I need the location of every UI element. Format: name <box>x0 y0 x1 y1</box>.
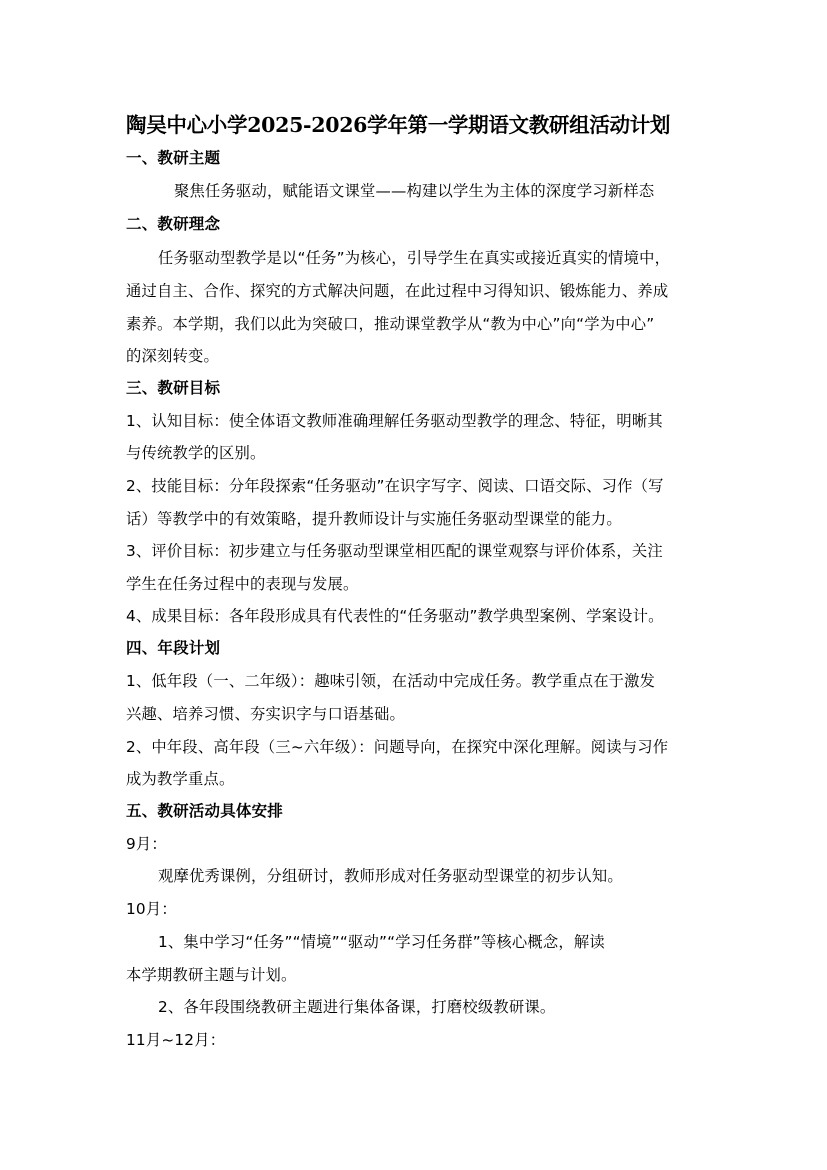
section-heading-schedule: 五、教研活动具体安排 <box>126 801 283 821</box>
section-heading-goals: 三、教研目标 <box>126 378 220 398</box>
paragraph-line: 学生在任务过程中的表现与发展。 <box>126 574 358 594</box>
month-label: 9月： <box>126 834 167 854</box>
paragraph-line: 观摩优秀课例，分组研讨，教师形成对任务驱动型课堂的初步认知。 <box>126 866 623 886</box>
paragraph-line: 本学期教研主题与计划。 <box>126 965 296 985</box>
paragraph-line: 兴趣、培养习惯、夯实识字与口语基础。 <box>126 704 405 724</box>
paragraph-line: 4、成果目标：各年段形成具有代表性的“任务驱动”教学典型案例、学案设计。 <box>126 606 664 626</box>
paragraph-line: 2、中年段、高年段（三~六年级）：问题导向，在探究中深化理解。阅读与习作 <box>126 737 668 757</box>
paragraph-line: 话）等教学中的有效策略，提升教师设计与实施任务驱动型课堂的能力。 <box>126 509 622 529</box>
paragraph-line: 3、评价目标：初步建立与任务驱动型课堂相匹配的课堂观察与评价体系，关注 <box>126 541 663 561</box>
month-label: 10月： <box>126 899 177 919</box>
paragraph-line: 与传统教学的区别。 <box>126 443 265 463</box>
paragraph-line: 1、集中学习“任务”“情境”“驱动”“学习任务群”等核心概念，解读 <box>126 932 605 952</box>
paragraph-line: 素养。本学期，我们以此为突破口，推动课堂教学从“教为中心”向“学为中心” <box>126 314 654 334</box>
paragraph-line: 成为教学重点。 <box>126 769 234 789</box>
paragraph-line: 1、低年段（一、二年级）：趣味引领，在活动中完成任务。教学重点在于激发 <box>126 671 655 691</box>
paragraph-line: 的深刻转变。 <box>126 346 219 366</box>
section-heading-philosophy: 二、教研理念 <box>126 214 220 234</box>
document-title: 陶吴中心小学2025-2026学年第一学期语文教研组活动计划 <box>126 108 726 138</box>
paragraph-line: 任务驱动型教学是以“任务”为核心，引导学生在真实或接近真实的情境中， <box>126 248 670 268</box>
month-label: 11月~12月： <box>126 1030 225 1050</box>
paragraph-line: 2、技能目标：分年段探索“任务驱动”在识字写字、阅读、口语交际、习作（写 <box>126 476 664 496</box>
section-heading-theme: 一、教研主题 <box>126 148 220 168</box>
paragraph-line: 1、认知目标：使全体语文教师准确理解任务驱动型教学的理念、特征，明晰其 <box>126 411 663 431</box>
section-heading-grade-plan: 四、年段计划 <box>126 638 220 658</box>
paragraph-line: 聚焦任务驱动，赋能语文课堂——构建以学生为主体的深度学习新样态 <box>126 181 654 201</box>
paragraph-line: 2、各年段围绕教研主题进行集体备课，打磨校级教研课。 <box>126 997 555 1017</box>
paragraph-line: 通过自主、合作、探究的方式解决问题，在此过程中习得知识、锻炼能力、养成 <box>126 281 668 301</box>
